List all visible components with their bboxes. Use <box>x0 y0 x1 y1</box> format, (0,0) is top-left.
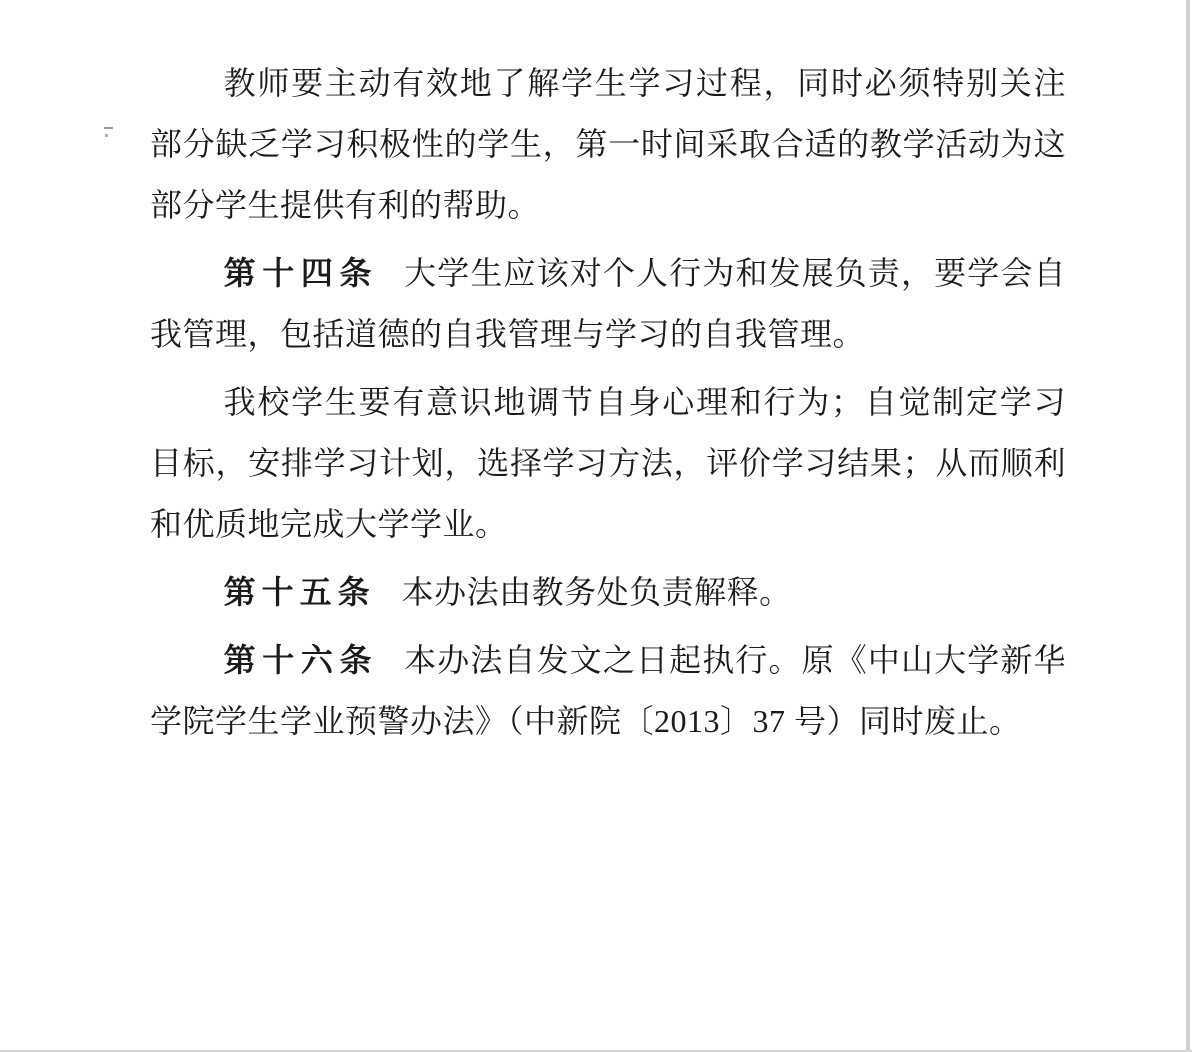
clause-number: 第十六条 <box>224 642 379 678</box>
document-page: 教师要主动有效地了解学生学习过程，同时必须特别关注部分缺乏学习积极性的学生，第一… <box>0 0 1192 1052</box>
paragraph: 第十四条大学生应该对个人行为和发展负责，要学会自我管理，包括道德的自我管理与学习… <box>150 243 1066 365</box>
scan-speck <box>104 127 113 129</box>
paragraph: 教师要主动有效地了解学生学习过程，同时必须特别关注部分缺乏学习积极性的学生，第一… <box>150 53 1066 236</box>
paragraph-text: 教师要主动有效地了解学生学习过程，同时必须特别关注部分缺乏学习积极性的学生，第一… <box>150 65 1066 223</box>
paragraph: 我校学生要有意识地调节自身心理和行为；自觉制定学习目标，安排学习计划，选择学习方… <box>150 372 1066 555</box>
clause-number: 第十五条 <box>224 574 376 610</box>
scan-edge-right <box>1186 0 1190 1052</box>
paragraph-text: 我校学生要有意识地调节自身心理和行为；自觉制定学习目标，安排学习计划，选择学习方… <box>150 384 1066 542</box>
paragraph: 第十六条本办法自发文之日起执行。原《中山大学新华学院学生学业预警办法》（中新院〔… <box>150 630 1066 752</box>
paragraph: 第十五条本办法由教务处负责解释。 <box>150 562 1066 623</box>
paragraph-text: 本办法由教务处负责解释。 <box>402 574 792 610</box>
scan-speck <box>105 134 108 137</box>
document-text-block: 教师要主动有效地了解学生学习过程，同时必须特别关注部分缺乏学习积极性的学生，第一… <box>150 53 1066 759</box>
clause-number: 第十四条 <box>224 255 379 291</box>
